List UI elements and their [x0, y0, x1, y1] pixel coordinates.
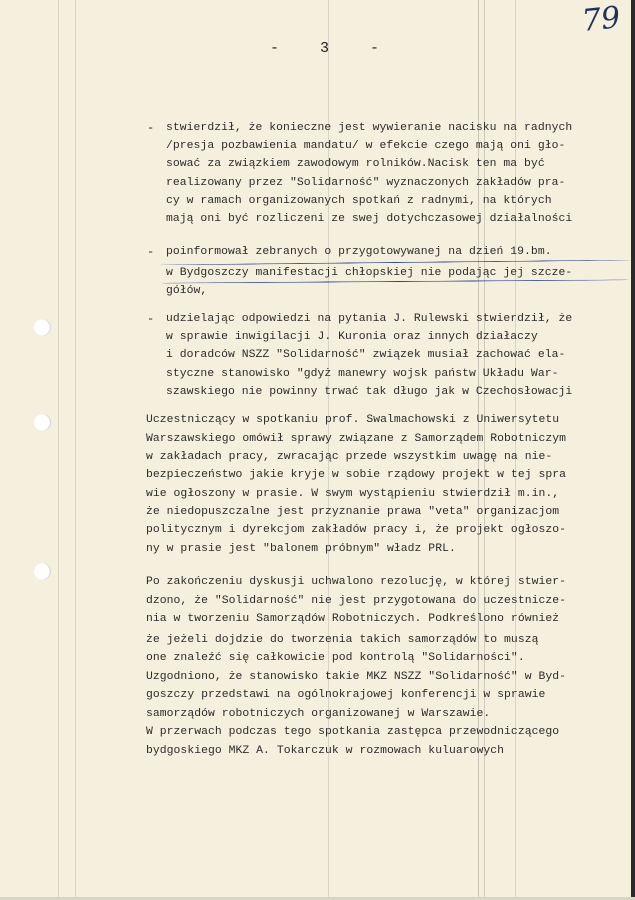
bullet-marker: - — [147, 245, 154, 259]
text-line: stwierdził, że konieczne jest wywieranie… — [166, 121, 572, 135]
text-line: ny w prasie jest "balonem próbnym" władz… — [146, 542, 456, 556]
text-line: bezpieczeństwo jakie kryje w sobie rządo… — [146, 468, 566, 482]
text-line: cy w ramach organizowanych spotkań z rad… — [166, 194, 552, 208]
pen-underline — [160, 279, 630, 283]
scan-artifact-line — [58, 0, 59, 900]
text-line: styczne stanowisko "gdyż manewry wojsk p… — [166, 367, 558, 381]
page-right-edge — [631, 0, 635, 900]
text-line: gółów, — [166, 284, 207, 298]
text-line: wie ogłoszony w prasie. W swym wystąpien… — [146, 487, 559, 501]
scanned-document-page: - 3 - 79 - stwierdził, że konieczne jest… — [0, 0, 635, 900]
text-line: udzielając odpowiedzi na pytania J. Rule… — [166, 312, 572, 326]
text-line: Po zakończeniu dyskusji uchwalono rezolu… — [146, 575, 566, 589]
text-line: /presja pozbawienia mandatu/ w efekcie c… — [166, 139, 565, 153]
text-line: w zakładach pracy, zwracając przede wszy… — [146, 450, 552, 464]
text-line: W przerwach podczas tego spotkania zastę… — [146, 725, 559, 739]
text-line: Uzgodniono, że stanowisko takie MKZ NSZZ… — [146, 670, 566, 684]
text-line: w sprawie inwigilacji J. Kuronia oraz in… — [166, 330, 538, 344]
text-line: Uczestniczący w spotkaniu prof. Swalmach… — [146, 413, 559, 427]
text-line: realizowany przez "Solidarność" wyznaczo… — [166, 176, 565, 190]
handwritten-folio-number: 79 — [580, 0, 622, 39]
underlined-text-line: w Bydgoszczy manifestacji chłopskiej nie… — [166, 266, 572, 280]
punch-hole — [34, 563, 51, 580]
text-line: bydgoskiego MKZ A. Tokarczuk w rozmowach… — [146, 744, 504, 758]
text-line: politycznym i dyrekcjom zakładów pracy i… — [146, 523, 566, 537]
pen-underline — [160, 260, 632, 266]
underlined-text-line: poinformował zebranych o przygotowywanej… — [166, 245, 552, 259]
text-line: samorządów robotniczych organizowanej w … — [146, 707, 490, 721]
text-line: i doradców NSZZ "Solidarność" związek mu… — [166, 348, 565, 362]
bullet-marker: - — [147, 312, 154, 326]
text-line: że niedopuszczalne jest przyznanie prawa… — [146, 505, 559, 519]
text-line: mają oni być rozliczeni ze swej dotychcz… — [166, 212, 572, 226]
text-line: goszczy przedstawi na ogólnokrajowej kon… — [146, 688, 545, 702]
text-line: Warszawskiego omówił sprawy związane z S… — [146, 432, 566, 446]
text-line: nia w tworzeniu Samorządów Robotniczych.… — [146, 612, 559, 626]
bullet-marker: - — [147, 121, 154, 135]
text-line: dzono, że "Solidarność" nie jest przygot… — [146, 594, 566, 608]
text-line: szawskiego nie powinny trwać tak długo j… — [166, 385, 572, 399]
text-line: one znaleźć się całkowicie pod kontrolą … — [146, 651, 525, 665]
text-line: sować za związkiem zawodowym rolników.Na… — [166, 157, 545, 171]
scan-artifact-line — [75, 0, 76, 900]
punch-hole — [34, 414, 51, 431]
text-line: że jeżeli dojdzie do tworzenia takich sa… — [146, 633, 538, 647]
punch-hole — [34, 319, 51, 336]
typed-page-number: - 3 - — [270, 40, 395, 57]
